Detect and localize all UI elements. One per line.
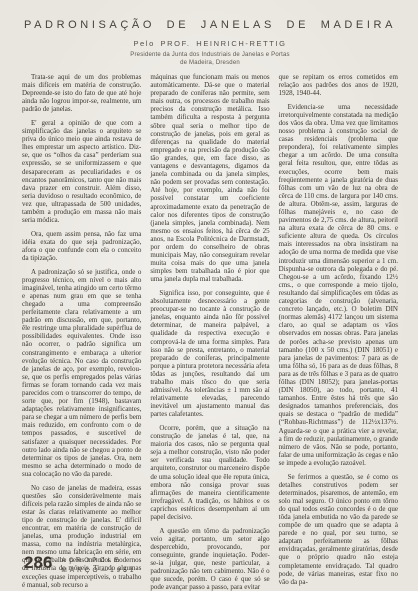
footer-page-number: 286: [24, 554, 52, 571]
affiliation-line-2: de Madeira, Dresden: [22, 59, 398, 67]
paragraph: E' geral a opinião de que com a simplifi…: [22, 119, 141, 224]
paragraph: Se ferirmos a questão, se é como os deta…: [279, 473, 398, 586]
text-column-3: que se repitam os erros cometidos em rel…: [279, 73, 398, 591]
paragraph: A questão em tôrno da padronização veio …: [150, 527, 269, 591]
author-byline: Pelo PROF. HEINRICH-RETTIG: [22, 39, 398, 48]
page-title: PADRONISAÇÃO DE JANELAS DE MADEIRA: [22, 19, 398, 31]
footer-magazine-block: ACROPOLE MARÇO—1951: [61, 554, 136, 575]
magazine-page: PADRONISAÇÃO DE JANELAS DE MADEIRA Pelo …: [0, 0, 418, 591]
paragraph: Significa isso, por conseguinte, que é a…: [150, 289, 269, 419]
page-footer: 286 ACROPOLE MARÇO—1951: [24, 554, 137, 575]
text-column-1: Trata-se aqui de um dos problemas mais d…: [22, 73, 141, 591]
paragraph: Ocorre, porém, que a situação na constru…: [150, 424, 269, 521]
author-affiliation: Presidente da Junta dos Industriais de J…: [22, 51, 398, 67]
paragraph: Evidencia-se uma necessidade irretorquiv…: [279, 103, 398, 467]
affiliation-line-1: Presidente da Junta dos Industriais de J…: [22, 51, 398, 59]
footer-issue-date: MARÇO—1951: [61, 566, 136, 575]
footer-magazine-name: ACROPOLE: [61, 556, 136, 565]
text-column-2: máquinas que funcionam mais ou menos aut…: [150, 73, 269, 591]
paragraph: Ora, quem assim pensa, não faz uma idéia…: [22, 230, 141, 262]
paragraph: A padronização só se justifica, onde o p…: [22, 268, 141, 478]
paragraph: Trata-se aqui de um dos problemas mais d…: [22, 73, 141, 113]
paragraph: máquinas que funcionam mais ou menos aut…: [150, 73, 269, 283]
paragraph: que se repitam os erros cometidos em rel…: [279, 73, 398, 97]
article-body: Trata-se aqui de um dos problemas mais d…: [22, 73, 398, 591]
